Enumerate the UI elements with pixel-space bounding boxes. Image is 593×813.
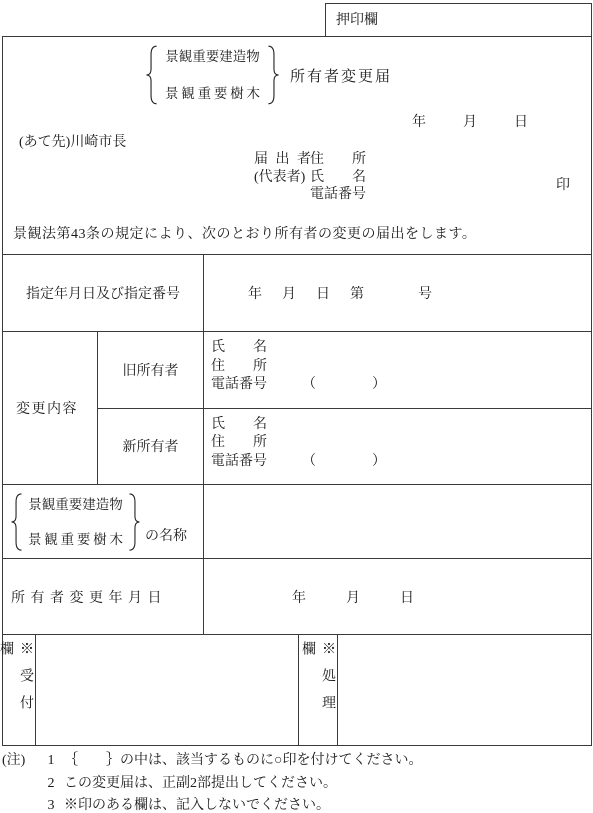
applicant-label: 届 出 者 <box>254 151 310 169</box>
seal-column-box: 押印欄 <box>325 3 592 37</box>
name-option-group: 景観重要建造物 景観重要樹木 <box>10 493 141 551</box>
name-option-building: 景観重要建造物 <box>28 497 123 512</box>
note-number: 1 <box>38 752 64 770</box>
designation-value-cell: 年 月 日 第 号 <box>204 255 591 331</box>
applicant-address-field: 住 所 <box>310 151 366 169</box>
note-prefix: (注) <box>2 752 38 770</box>
new-owner-label: 新所有者 <box>98 409 204 485</box>
right-brace-icon <box>128 493 141 551</box>
owner-change-date-row: 所有者変更年月日 年 月 日 <box>3 558 591 634</box>
note-line-1: (注) 1 ｛ ｝の中は、該当するものに○印を付けてください。 <box>2 752 591 770</box>
note-line-3: 3 ※印のある欄は、記入しないでください。 <box>2 797 591 813</box>
change-contents-section: 変更内容 旧所有者 氏 名 住 所 電話番号 （ ） 新所有者 氏 名 住 所 <box>3 331 591 484</box>
name-suffix: の名称 <box>145 525 187 545</box>
applicant-phone-indent <box>254 186 310 204</box>
new-owner-row: 新所有者 氏 名 住 所 電話番号 （ ） <box>98 408 591 485</box>
note-text: ※印のある欄は、記入しないでください。 <box>64 797 330 813</box>
owner-change-form-page: 押印欄 景観重要建造物 景観重要樹木 所有者変更届 年 月 日 (あて先 <box>0 0 593 813</box>
old-owner-label: 旧所有者 <box>98 332 204 408</box>
reception-column-cell <box>36 635 299 746</box>
processing-column-label: ※処理欄 <box>299 635 338 746</box>
old-owner-phone-line: 電話番号 （ ） <box>211 376 591 395</box>
applicant-name-field: 氏 名 <box>310 169 366 187</box>
applicant-phone-row: 電話番号 <box>254 186 366 204</box>
old-owner-row: 旧所有者 氏 名 住 所 電話番号 （ ） <box>98 332 591 408</box>
reception-column-label: ※受付欄 <box>3 635 36 746</box>
processing-column-cell <box>338 635 591 746</box>
seal-mark: 印 <box>556 174 570 194</box>
designation-row: 指定年月日及び指定番号 年 月 日 第 号 <box>3 254 591 331</box>
applicant-block: 届 出 者 住 所 (代表者) 氏 名 電話番号 <box>254 151 366 204</box>
owner-change-date-value-cell: 年 月 日 <box>204 559 591 634</box>
title-option-group: 景観重要建造物 景観重要樹木 <box>145 44 280 106</box>
owner-change-date-label: 所有者変更年月日 <box>3 559 204 634</box>
left-brace-icon <box>10 493 23 551</box>
name-row: 景観重要建造物 景観重要樹木 の名称 <box>3 484 591 558</box>
applicant-phone-field: 電話番号 <box>310 186 366 204</box>
old-owner-name-line: 氏 名 <box>211 339 591 358</box>
new-owner-phone-line: 電話番号 （ ） <box>211 453 591 472</box>
form-title: 景観重要建造物 景観重要樹木 所有者変更届 <box>145 44 392 106</box>
form-main-box: 景観重要建造物 景観重要樹木 所有者変更届 年 月 日 (あて先)川崎市長 届 … <box>2 36 592 746</box>
office-use-row: ※受付欄 ※処理欄 <box>3 634 591 746</box>
representative-label: (代表者) <box>254 169 310 187</box>
left-brace-icon <box>145 44 158 106</box>
note-number: 3 <box>38 797 64 813</box>
old-owner-address-line: 住 所 <box>211 358 591 377</box>
note-number: 2 <box>38 775 64 793</box>
note-text: この変更届は、正副2部提出してください。 <box>64 775 337 793</box>
right-brace-icon <box>267 44 280 106</box>
note-line-2: 2 この変更届は、正副2部提出してください。 <box>2 775 591 793</box>
name-row-label: 景観重要建造物 景観重要樹木 の名称 <box>3 485 204 558</box>
seal-column-label: 押印欄 <box>336 13 378 28</box>
name-value-cell <box>204 485 591 558</box>
new-owner-name-line: 氏 名 <box>211 416 591 435</box>
name-option-tree: 景観重要樹木 <box>28 532 126 547</box>
submission-date-line: 年 月 日 <box>3 111 591 131</box>
new-owner-address-line: 住 所 <box>211 434 591 453</box>
applicant-address-row: 届 出 者 住 所 <box>254 151 366 169</box>
new-owner-details-cell: 氏 名 住 所 電話番号 （ ） <box>204 409 591 485</box>
note-text: ｛ ｝の中は、該当するものに○印を付けてください。 <box>64 752 422 770</box>
addressee: (あて先)川崎市長 <box>19 131 126 151</box>
change-contents-label: 変更内容 <box>3 332 98 484</box>
notes-block: (注) 1 ｛ ｝の中は、該当するものに○印を付けてください。 2 この変更届は… <box>2 752 591 813</box>
applicant-name-row: (代表者) 氏 名 <box>254 169 366 187</box>
title-suffix: 所有者変更届 <box>290 65 392 86</box>
title-option-tree: 景観重要樹木 <box>165 86 263 102</box>
declaration-sentence: 景観法第43条の規定により、次のとおり所有者の変更の届出をします。 <box>13 223 476 243</box>
designation-label: 指定年月日及び指定番号 <box>3 255 204 331</box>
title-option-building: 景観重要建造物 <box>165 49 260 65</box>
old-owner-details-cell: 氏 名 住 所 電話番号 （ ） <box>204 332 591 408</box>
